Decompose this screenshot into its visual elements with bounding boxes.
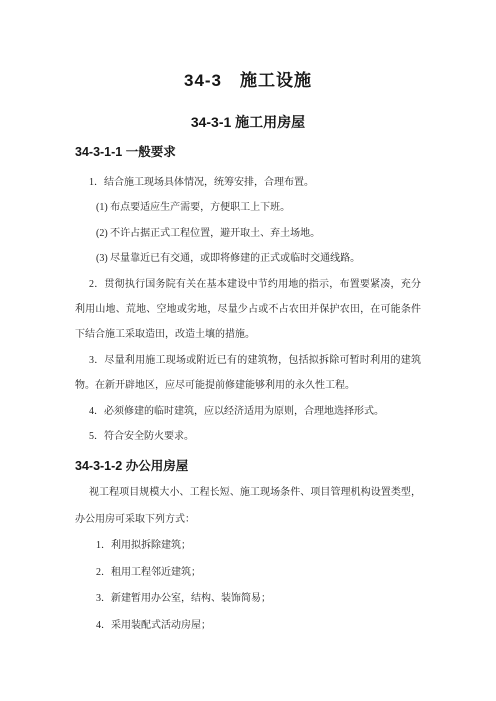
doc-subtitle: 34-3-1 施工用房屋 <box>0 113 496 131</box>
doc-title: 34-3 施工设施 <box>0 0 496 92</box>
list-item: 4．采用装配式活动房屋； <box>75 613 421 640</box>
list-item: 5．符合安全防火要求。 <box>75 424 421 449</box>
paragraph: 视工程项目规模大小、工程长短、施工现场条件、项目管理机构设置类型，办公用房可采取… <box>75 480 421 533</box>
list-subitem: (1) 布点要适应生产需要，方便职工上下班。 <box>75 195 421 220</box>
list-subitem: (3) 尽量靠近已有交通，或即将修建的正式或临时交通线路。 <box>75 246 421 271</box>
section-heading-office-housing: 34-3-1-2 办公用房屋 <box>75 458 421 474</box>
list-item: 2．租用工程邻近建筑； <box>75 560 421 587</box>
doc-content: 34-3-1-1 一般要求 1．结合施工现场具体情况，统筹安排，合理布置。 (1… <box>75 144 421 639</box>
list-item: 2．贯彻执行国务院有关在基本建设中节约用地的指示，布置要紧凑，充分利用山地、荒地… <box>75 272 421 348</box>
list-item: 1．结合施工现场具体情况，统筹安排，合理布置。 <box>75 170 421 195</box>
section-heading-general-requirements: 34-3-1-1 一般要求 <box>75 144 421 160</box>
list-item: 3．新建暂用办公室，结构、装饰简易； <box>75 586 421 613</box>
section-office-housing: 34-3-1-2 办公用房屋 视工程项目规模大小、工程长短、施工现场条件、项目管… <box>75 458 421 639</box>
list-subitem: (2) 不许占据正式工程位置，避开取土、弃土场地。 <box>75 221 421 246</box>
list-item: 1．利用拟拆除建筑； <box>75 533 421 560</box>
section-general-requirements: 34-3-1-1 一般要求 1．结合施工现场具体情况，统筹安排，合理布置。 (1… <box>75 144 421 449</box>
document-page: 34-3 施工设施 34-3-1 施工用房屋 34-3-1-1 一般要求 1．结… <box>0 0 496 701</box>
list-item: 4．必须修建的临时建筑，应以经济适用为原则，合理地选择形式。 <box>75 399 421 424</box>
list-item: 3．尽量利用施工现场或附近已有的建筑物，包括拟拆除可暂时利用的建筑物。在新开辟地… <box>75 348 421 399</box>
